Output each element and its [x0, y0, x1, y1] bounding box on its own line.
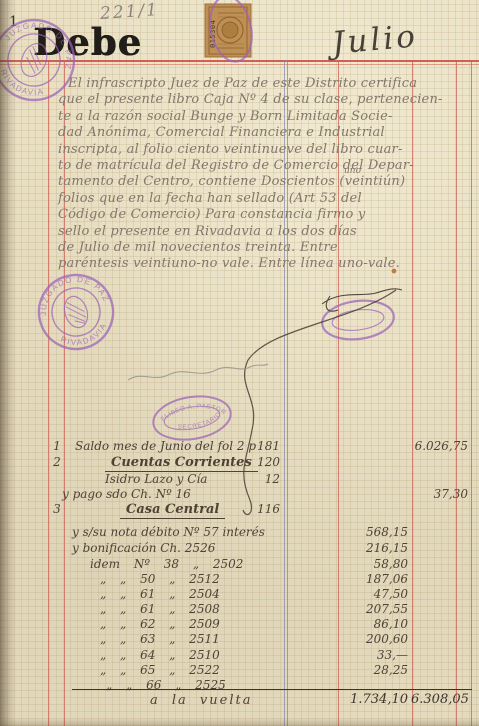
row-desc: „ „ 50 „ 2512: [100, 572, 220, 586]
row-desc: y s/su nota débito Nº 57 interés: [72, 525, 265, 539]
ledger-row: „ „ 65 „ 2522 28,25: [0, 663, 479, 679]
row-desc: Isidro Lazo y Cía: [105, 472, 207, 486]
ledger-row: y bonificación Ch. 2526 216,15: [0, 541, 479, 557]
row-desc: „ „ 64 „ 2510: [100, 648, 220, 662]
row-desc: idem Nº 38 „ 2502: [90, 557, 243, 571]
row-number: 3: [50, 502, 64, 516]
row-amount: 216,15: [350, 541, 408, 555]
row-amount: 28,25: [350, 663, 408, 677]
rust-spot: [392, 269, 397, 274]
row-desc: „ „ 63 „ 2511: [100, 632, 220, 646]
ledger-row: „ „ 63 „ 2511 200,60: [0, 632, 479, 648]
binding-shadow: [0, 0, 16, 726]
row-amount: 200,60: [350, 632, 408, 646]
row-amount: 58,80: [350, 557, 408, 571]
row-amount: 37,30: [411, 487, 468, 501]
row-desc: y bonificación Ch. 2526: [72, 541, 215, 555]
ledger-row: „ „ 50 „ 2512 187,06: [0, 572, 479, 588]
row-folio: 12: [246, 472, 280, 486]
ledger-row: y s/su nota débito Nº 57 interés 568,15: [0, 525, 479, 541]
row-desc: Cuentas Corrientes: [105, 455, 258, 472]
ledger-page: 1 221/1 Debe Julio 015304 JUZGADO DE PAZ: [0, 0, 479, 726]
row-amount: 33,—: [350, 648, 408, 662]
row-amount: 6.026,75: [411, 439, 468, 453]
row-amount: 187,06: [350, 572, 408, 586]
row-desc: Casa Central: [120, 502, 225, 519]
carry-forward-label: a la vuelta: [150, 693, 252, 708]
ledger-row: 1 Saldo mes de Junio del fol 2 p 181 6.0…: [0, 439, 479, 455]
ledger-row: Isidro Lazo y Cía 12: [0, 472, 479, 488]
ledger-row: idem Nº 38 „ 2502 58,80: [0, 557, 479, 573]
ledger-row: 3 Casa Central 116: [0, 502, 479, 518]
row-folio: 120: [246, 455, 280, 469]
row-amount: 568,15: [350, 525, 408, 539]
row-desc: „ „ 61 „ 2504: [100, 587, 220, 601]
ledger-row: „ „ 62 „ 2509 86,10: [0, 617, 479, 633]
row-desc: Saldo mes de Junio del fol 2 p: [75, 439, 256, 453]
row-desc: „ „ 62 „ 2509: [100, 617, 220, 631]
totals-rule: [72, 689, 472, 690]
row-desc: „ „ 65 „ 2522: [100, 663, 220, 677]
row-desc: y pago sdo Ch. Nº 16: [62, 487, 191, 501]
subtotal-column1: 1.734,10: [350, 692, 408, 707]
row-number: 2: [50, 455, 64, 469]
row-amount: 47,50: [350, 587, 408, 601]
ledger-row: „ „ 61 „ 2504 47,50: [0, 587, 479, 603]
subtotal-column2: 6.308,05: [411, 692, 468, 707]
row-amount: 207,55: [350, 602, 408, 616]
row-folio: 116: [246, 502, 280, 516]
ledger-row: 2 Cuentas Corrientes 120: [0, 455, 479, 471]
ledger-row: „ „ 64 „ 2510 33,—: [0, 648, 479, 664]
secretary-signature: [128, 364, 268, 380]
page-edge-shadow: [0, 718, 479, 726]
row-number: 1: [50, 439, 64, 453]
row-desc: „ „ 61 „ 2508: [100, 602, 220, 616]
row-folio: 181: [246, 439, 280, 453]
ledger-row: „ „ 61 „ 2508 207,55: [0, 602, 479, 618]
row-amount: 86,10: [350, 617, 408, 631]
ledger-row: y pago sdo Ch. Nº 16 37,30: [0, 487, 479, 503]
